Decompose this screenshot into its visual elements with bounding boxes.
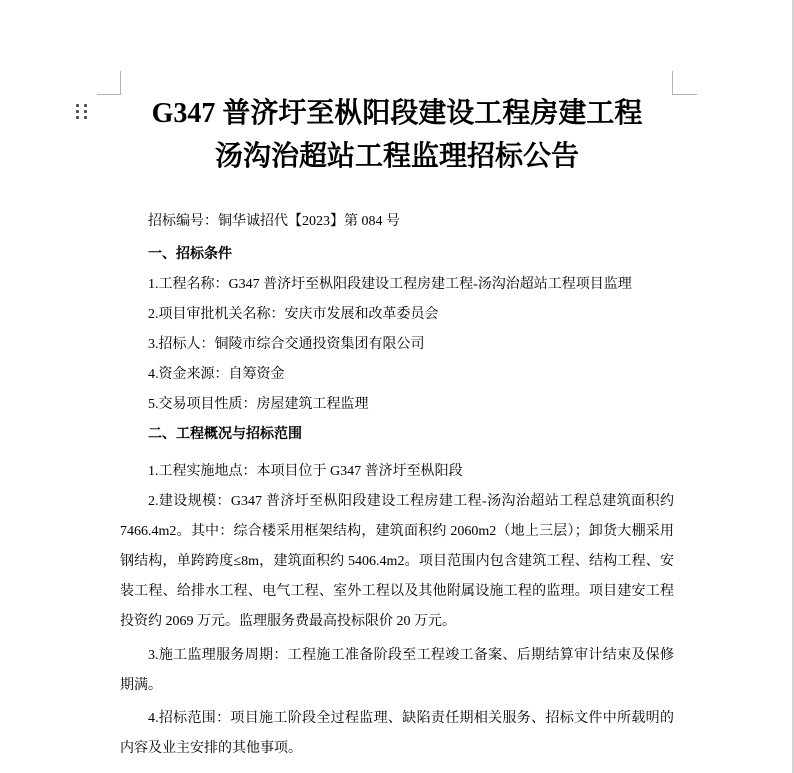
section-1-item: 5.交易项目性质：房屋建筑工程监理: [120, 390, 674, 420]
document-title-line1: G347 普济圩至枞阳段建设工程房建工程: [120, 92, 674, 135]
section-1-heading: 一、招标条件: [120, 240, 674, 270]
document-title: G347 普济圩至枞阳段建设工程房建工程 汤沟治超站工程监理招标公告: [120, 92, 674, 178]
drag-handle-icon[interactable]: [76, 104, 87, 119]
section-2-item: 4.招标范围：项目施工阶段全过程监理、缺陷责任期相关服务、招标文件中所载明的内容…: [120, 704, 674, 764]
section-1-item: 1.工程名称：G347 普济圩至枞阳段建设工程房建工程-汤沟治超站工程项目监理: [120, 270, 674, 300]
section-2-item: 1.工程实施地点：本项目位于 G347 普济圩至枞阳段: [120, 457, 674, 487]
section-2-heading: 二、工程概况与招标范围: [120, 420, 674, 450]
crop-mark-top-right-icon: [672, 94, 697, 95]
section-2-item: 2.建设规模：G347 普济圩至枞阳段建设工程房建工程-汤沟治超站工程总建筑面积…: [120, 487, 674, 637]
section-2-item: 3.施工监理服务周期：工程施工准备阶段至工程竣工备案、后期结算审计结束及保修期满…: [120, 641, 674, 701]
section-1-item: 4.资金来源：自筹资金: [120, 360, 674, 390]
tender-reference-number: 招标编号：铜华诚招代【2023】第 084 号: [120, 207, 674, 237]
document-body: 招标编号：铜华诚招代【2023】第 084 号 一、招标条件 1.工程名称：G3…: [120, 207, 674, 764]
section-1-item: 3.招标人：铜陵市综合交通投资集团有限公司: [120, 330, 674, 360]
crop-mark-top-left-icon: [97, 94, 121, 95]
document-title-line2: 汤沟治超站工程监理招标公告: [120, 135, 674, 178]
section-1-item: 2.项目审批机关名称：安庆市发展和改革委员会: [120, 300, 674, 330]
